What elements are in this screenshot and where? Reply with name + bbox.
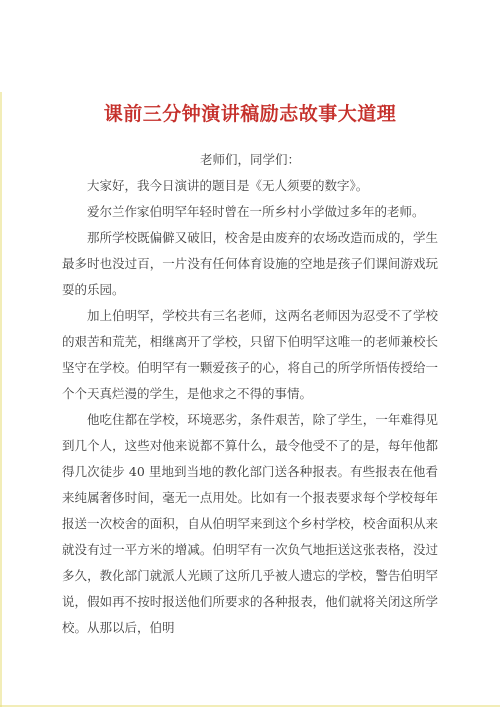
paragraph-list: 大家好，我今日演讲的题目是《无人须要的数字》。爱尔兰作家伯明罕年轻时曾在一所乡村… bbox=[62, 173, 438, 641]
document-body: 老师们，同学们： 大家好，我今日演讲的题目是《无人须要的数字》。爱尔兰作家伯明罕… bbox=[0, 147, 500, 641]
left-accent-border bbox=[0, 92, 2, 707]
body-paragraph: 大家好，我今日演讲的题目是《无人须要的数字》。 bbox=[62, 173, 438, 199]
body-paragraph: 爱尔兰作家伯明罕年轻时曾在一所乡村小学做过多年的老师。 bbox=[62, 199, 438, 225]
body-paragraph: 加上伯明罕，学校共有三名老师，这两名老师因为忍受不了学校的艰苦和荒芜，相继离开了… bbox=[62, 303, 438, 407]
body-paragraph: 他吃住都在学校，环境恶劣，条件艰苦，除了学生，一年难得见到几个人，这些对他来说都… bbox=[62, 407, 438, 641]
greeting-line: 老师们，同学们： bbox=[62, 147, 438, 173]
document-page: 课前三分钟演讲稿励志故事大道理 老师们，同学们： 大家好，我今日演讲的题目是《无… bbox=[0, 0, 500, 707]
document-title: 课前三分钟演讲稿励志故事大道理 bbox=[30, 97, 470, 131]
body-paragraph: 那所学校既偏僻又破旧，校舍是由废弃的农场改造而成的，学生最多时也没过百，一片没有… bbox=[62, 225, 438, 303]
